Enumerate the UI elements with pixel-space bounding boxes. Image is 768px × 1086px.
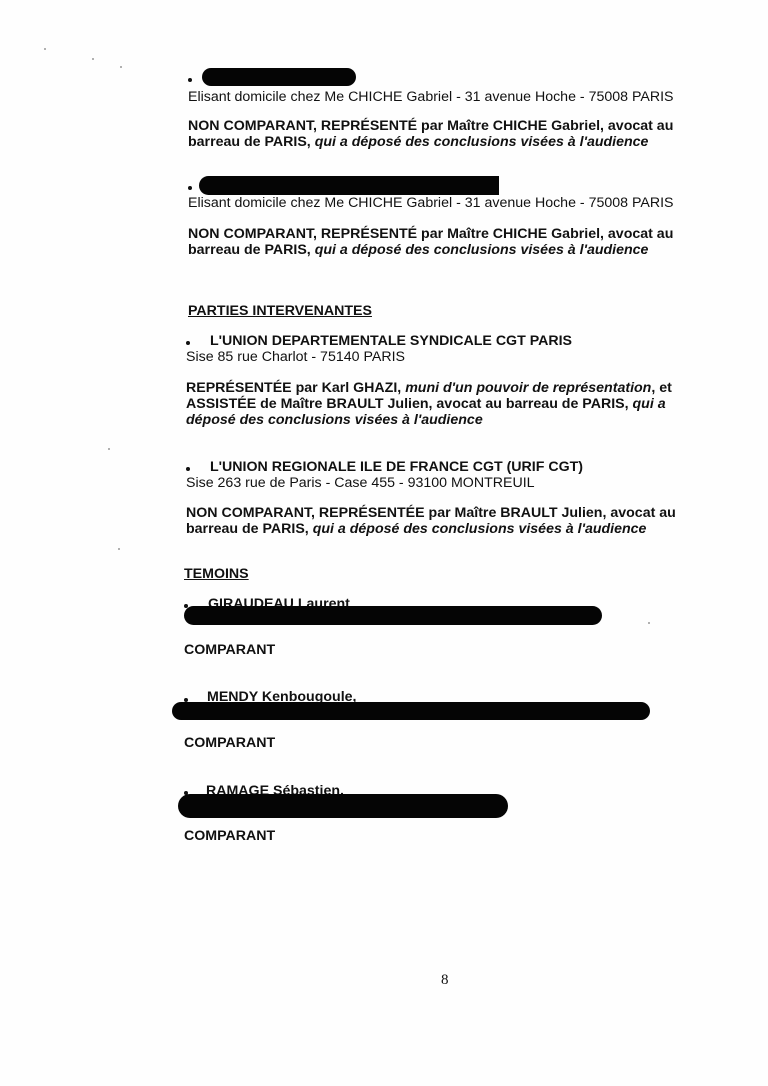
scan-speck bbox=[92, 58, 94, 60]
intervenante-address: Sise 85 rue Charlot - 75140 PARIS bbox=[186, 349, 405, 366]
intervenante-assistance: ASSISTÉE de Maître BRAULT Julien, avocat… bbox=[186, 396, 666, 413]
section-heading-intervenantes: PARTIES INTERVENANTES bbox=[188, 303, 372, 320]
witness-status: COMPARANT bbox=[184, 735, 275, 752]
scan-speck bbox=[648, 622, 650, 624]
bullet-icon bbox=[188, 72, 192, 89]
scan-speck bbox=[44, 48, 46, 50]
intervenante-name: L'UNION REGIONALE ILE DE FRANCE CGT (URI… bbox=[210, 459, 583, 476]
intervenante-representation: REPRÉSENTÉE par Karl GHAZI, muni d'un po… bbox=[186, 380, 672, 397]
party-address: Elisant domicile chez Me CHICHE Gabriel … bbox=[188, 89, 674, 106]
intervenante-conclusions: déposé des conclusions visées à l'audien… bbox=[186, 412, 483, 429]
witness-status: COMPARANT bbox=[184, 642, 275, 659]
document-page: Elisant domicile chez Me CHICHE Gabriel … bbox=[0, 0, 768, 1086]
intervenante-status-line2: barreau de PARIS, qui a déposé des concl… bbox=[186, 521, 646, 538]
party-status: NON COMPARANT, REPRÉSENTÉ par Maître CHI… bbox=[188, 226, 673, 243]
party-status: NON COMPARANT, REPRÉSENTÉ par Maître CHI… bbox=[188, 118, 673, 135]
scan-speck bbox=[108, 448, 110, 450]
witness-status: COMPARANT bbox=[184, 828, 275, 845]
section-heading-temoins: TEMOINS bbox=[184, 566, 249, 583]
party-status-line2: barreau de PARIS, qui a déposé des concl… bbox=[188, 242, 648, 259]
redacted-name bbox=[202, 68, 356, 86]
redacted-name bbox=[199, 176, 499, 195]
scan-speck bbox=[118, 548, 120, 550]
redacted-address bbox=[172, 702, 650, 720]
intervenante-status: NON COMPARANT, REPRÉSENTÉE par Maître BR… bbox=[186, 505, 676, 522]
redacted-address bbox=[184, 606, 602, 625]
redacted-address bbox=[178, 794, 508, 818]
intervenante-address: Sise 263 rue de Paris - Case 455 - 93100… bbox=[186, 475, 535, 492]
party-status-line2: barreau de PARIS, qui a déposé des concl… bbox=[188, 134, 648, 151]
party-address: Elisant domicile chez Me CHICHE Gabriel … bbox=[188, 195, 674, 212]
intervenante-name: L'UNION DEPARTEMENTALE SYNDICALE CGT PAR… bbox=[210, 333, 572, 350]
scan-speck bbox=[120, 66, 122, 68]
page-number: 8 bbox=[441, 972, 449, 989]
